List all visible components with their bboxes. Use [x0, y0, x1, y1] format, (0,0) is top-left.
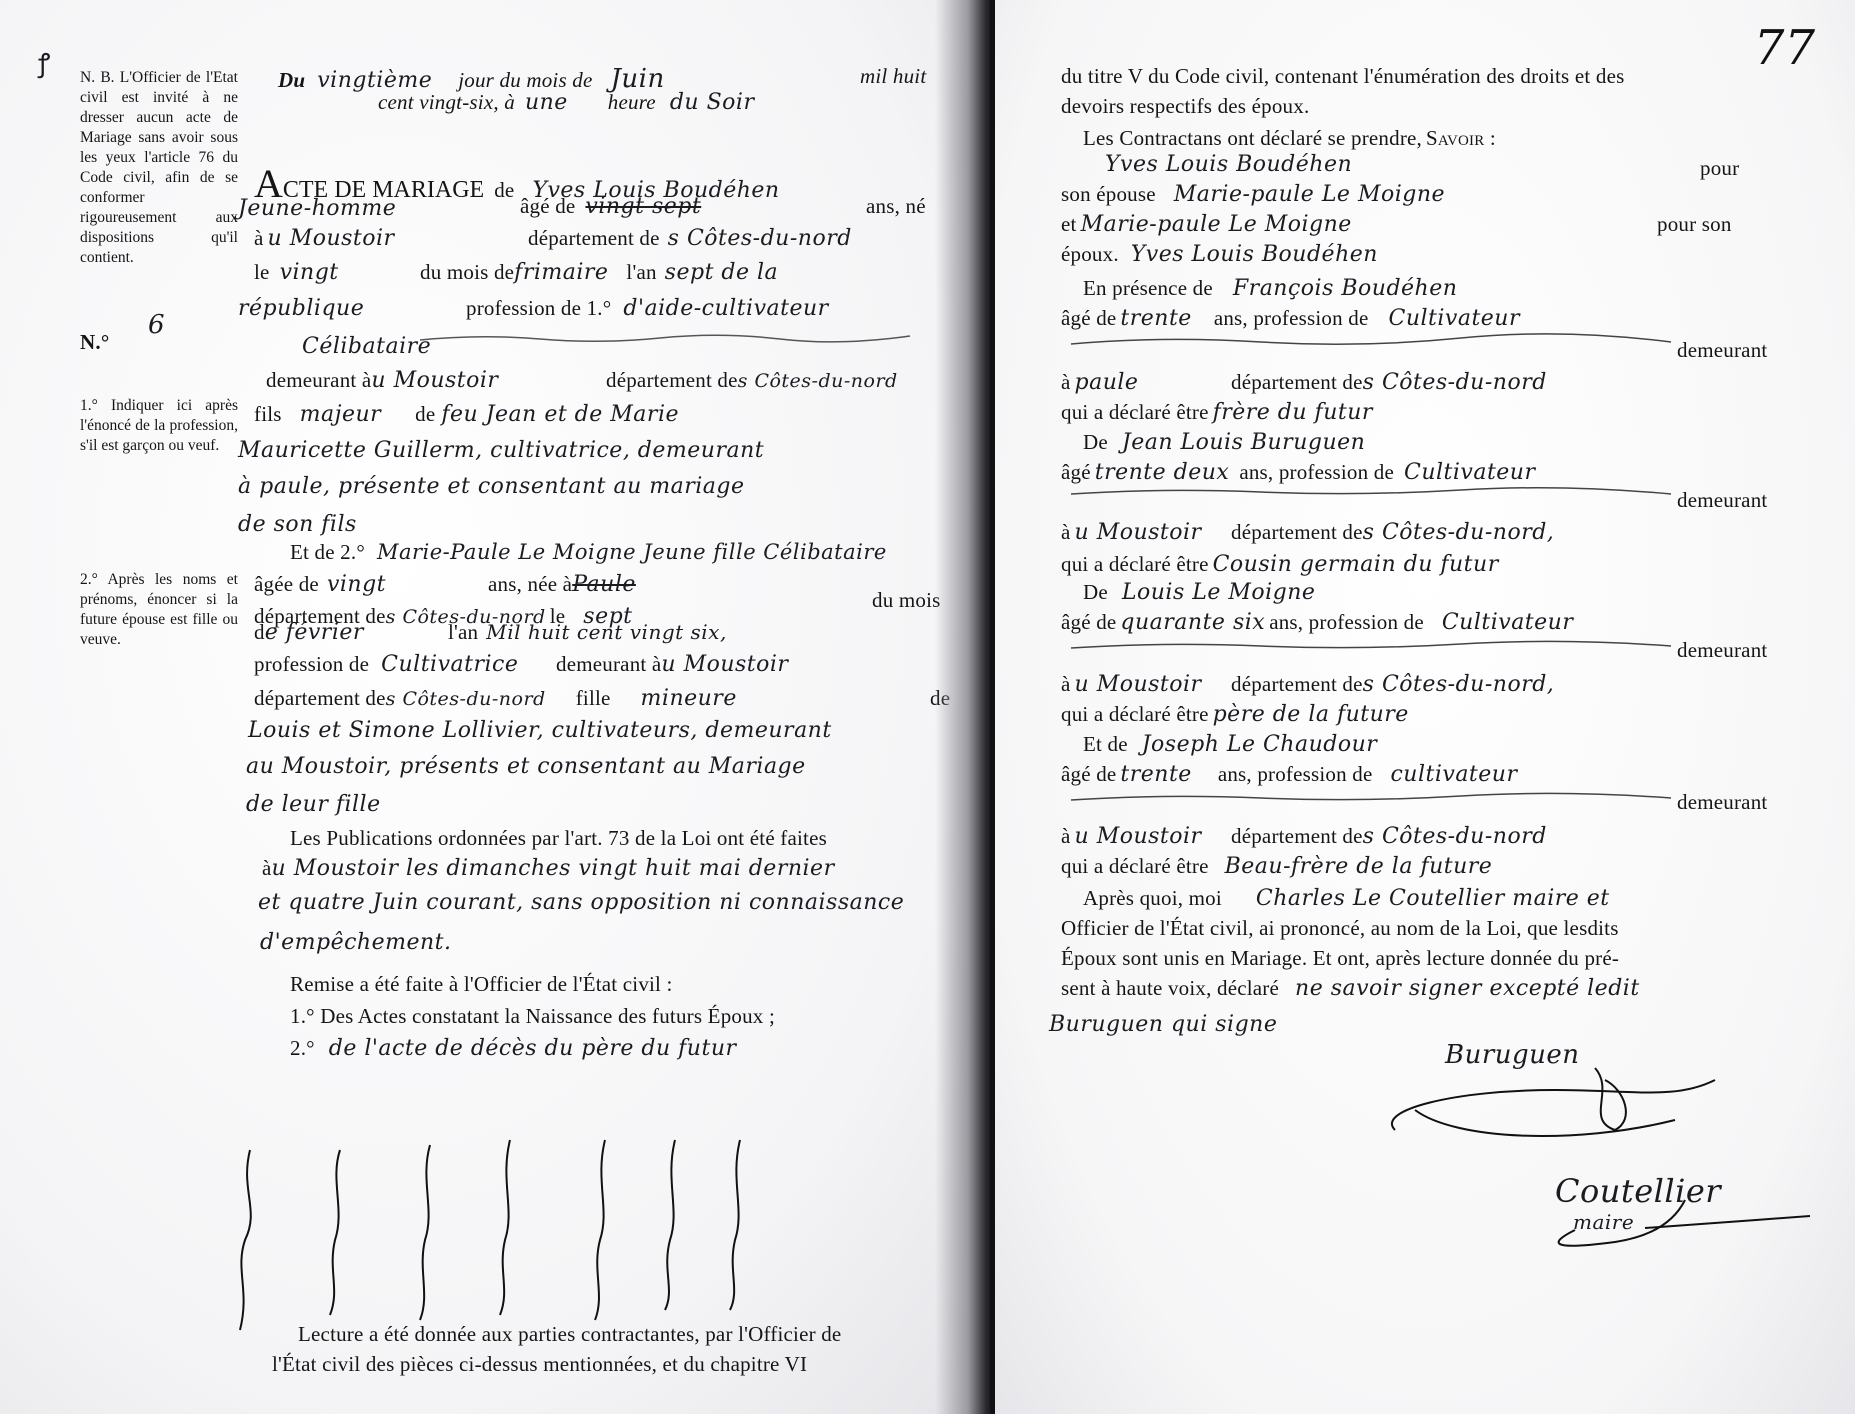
bride-birth-month: e février [265, 620, 364, 645]
margin-note-2: 2.° Après les noms et prénoms, énoncer s… [80, 570, 238, 650]
hour-handwritten: une [525, 90, 568, 115]
margin-note-1: 1.° Indiquer ici après l'énoncé de la pr… [80, 396, 238, 456]
groom-mother: Mauricette Guillerm, cultivatrice, demeu… [238, 438, 764, 463]
contract-groom-2: Yves Louis Boudéhen [1131, 242, 1378, 267]
groom-birth-department: s Côtes-du-nord [668, 226, 852, 251]
groom-parent-consent: à paule, présente et consentant au maria… [238, 474, 745, 499]
groom-majority: majeur [300, 402, 382, 427]
time-of-day-handwritten: du Soir [670, 90, 755, 115]
fill-line [420, 332, 920, 344]
witness-name: François Boudéhen [1233, 276, 1458, 301]
signing-declaration: ne savoir signer excepté ledit [1295, 976, 1640, 1001]
date-line-2: cent vingt-six, à une heure du Soir [378, 90, 754, 115]
intro-line-1: du titre V du Code civil, contenant l'én… [1061, 64, 1624, 89]
bride-residence: u Moustoir [661, 652, 788, 677]
publications-dates: u Moustoir les dimanches vingt huit mai … [272, 856, 835, 881]
groom-birth-year: sept de la [665, 260, 778, 285]
footer-line-1: Lecture a été donnée aux parties contrac… [298, 1322, 841, 1347]
contract-bride: Marie-paule Le Moigne [1174, 182, 1445, 207]
page-gutter [935, 0, 995, 1414]
record-number-label: N.° [80, 330, 109, 355]
fill-lines [1061, 326, 1681, 846]
cancellation-strokes [180, 1130, 900, 1350]
groom-birth-day: vingt [280, 260, 339, 285]
bride-name: Marie-Paule Le Moigne Jeune fille Céliba… [377, 540, 887, 564]
bride-parents: Louis et Simone Lollivier, cultivateurs,… [248, 718, 832, 743]
contract-groom: Yves Louis Boudéhen [1105, 152, 1352, 177]
intro-line-2: devoirs respectifs des époux. [1061, 94, 1309, 119]
groom-birth-year-cont: république [238, 296, 364, 321]
footer-line-2: l'État civil des pièces ci-dessus mentio… [272, 1352, 807, 1377]
publications-text: Les Publications ordonnées par l'art. 73… [290, 826, 827, 851]
groom-father: feu Jean et de Marie [441, 402, 679, 427]
record-number: 6 [148, 310, 165, 340]
witness-relation: Beau-frère de la future [1225, 854, 1493, 879]
bride-profession: Cultivatrice [381, 652, 518, 677]
signing-declaration-cont: Buruguen qui signe [1049, 1012, 1277, 1037]
contract-bride-2: Marie-paule Le Moigne [1081, 212, 1352, 237]
bride-residence-department: s Côtes-du-nord [386, 688, 546, 710]
margin-note-nb: N. B. L'Officier de l'Etat civil est inv… [80, 68, 238, 268]
bride-parent-consent: au Moustoir, présents et consentant au M… [246, 754, 806, 779]
groom-residence: u Moustoir [371, 368, 498, 393]
folio-number: 77 [1754, 20, 1815, 76]
remise-item-2: de l'acte de décès du père du futur [329, 1036, 737, 1061]
right-page: 77 du titre V du Code civil, contenant l… [995, 0, 1855, 1414]
mayor-flourish [1535, 1190, 1815, 1250]
groom-civil-status: Célibataire [302, 334, 431, 359]
groom-birthplace: u Moustoir [268, 226, 395, 251]
groom-profession: d'aide-cultivateur [623, 296, 828, 321]
groom-age: vingt sept [585, 194, 701, 219]
bride-birthplace: Paule [572, 572, 636, 597]
groom-birth-month: frimaire [514, 260, 608, 285]
groom-status: Jeune-homme [238, 196, 396, 221]
corner-mark: ꝭ [38, 44, 51, 80]
officer-name: Charles Le Coutellier maire et [1256, 886, 1610, 911]
publications-opposition: et quatre Juin courant, sans opposition … [258, 890, 904, 915]
left-page: ꝭ N. B. L'Officier de l'Etat civil est i… [0, 0, 985, 1414]
bride-birth-year: Mil huit cent vingt six, [486, 620, 727, 644]
remise-text: Remise a été faite à l'Officier de l'Éta… [290, 972, 673, 997]
remise-item-1: 1.° Des Actes constatant la Naissance de… [290, 1004, 775, 1029]
signature-flourish [1375, 1060, 1735, 1150]
bride-age: vingt [327, 572, 386, 597]
bride-minority: mineure [641, 686, 737, 711]
groom-residence-department: s Côtes-du-nord [738, 370, 898, 392]
